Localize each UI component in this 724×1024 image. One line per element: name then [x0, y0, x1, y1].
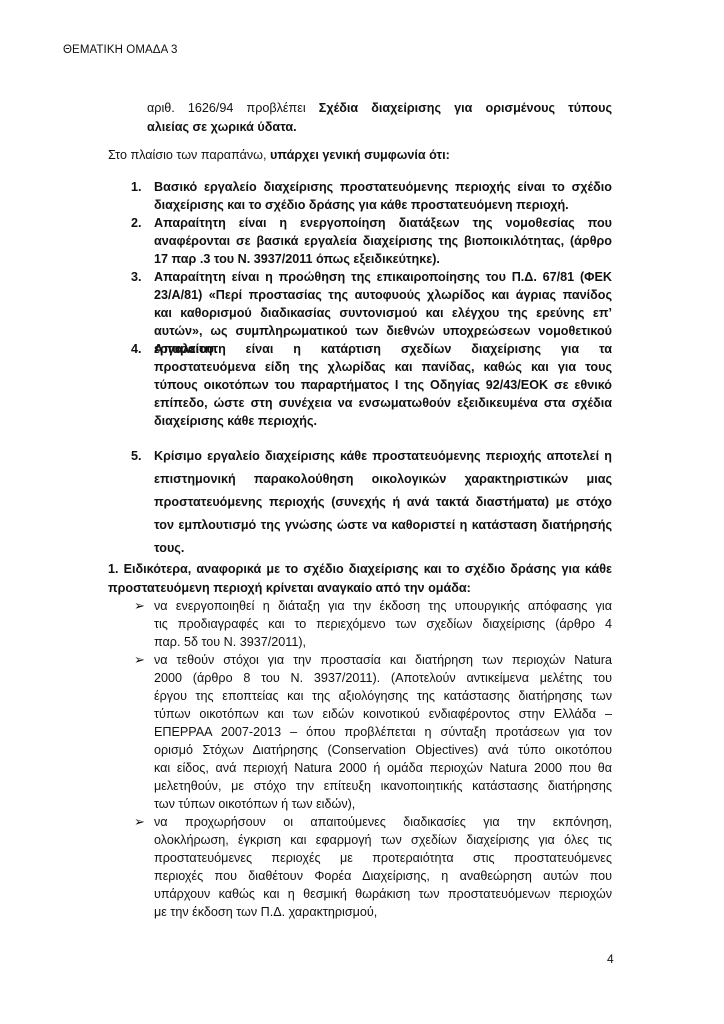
list-item-line: Βασικό εργαλείο διαχείρισης προστατευόμε…: [154, 178, 612, 196]
arrow-bullet-icon: ➢: [134, 813, 145, 831]
list-item-line: 23/Α/81) «Περί προστασίας της αυτοφυούς …: [154, 286, 612, 304]
list-number: 3.: [131, 268, 142, 286]
list-item-line: τύπους οικοτόπων του παραρτήματος Ι της …: [154, 376, 612, 394]
bullet-item-line: τις προδιαγραφές και το περιεχόμενο των …: [154, 615, 612, 633]
arrow-bullet-icon: ➢: [134, 651, 145, 669]
list-item-line: Απαραίτητη είναι η ενεργοποίηση διατάξεω…: [154, 214, 612, 232]
bullet-item-line: 2000 (άρθρο 8 του Ν. 3937/2011). (Αποτελ…: [154, 669, 612, 687]
bullet-item-line: και είδος, ανά περιοχή Natura 2000 ή ομά…: [154, 759, 612, 777]
list-item-line: τους.: [154, 539, 184, 557]
list-item-line: προστατευόμενα είδη της χλωρίδας και παν…: [154, 358, 612, 376]
list-number: 5.: [131, 447, 142, 465]
consensus-statement: Στο πλαίσιο των παραπάνω, υπάρχει γενική…: [108, 146, 450, 164]
list-item-line: αυτών», ως συμπληρωματικού των διεθνών υ…: [154, 322, 612, 340]
list-item-line: 17 παρ .3 του Ν. 3937/2011 όπως εξειδικε…: [154, 250, 440, 268]
list-item-line: Κρίσιμο εργαλείο διαχείρισης κάθε προστα…: [154, 447, 612, 465]
bullet-item-line: να ενεργοποιηθεί η διάταξη για την έκδοσ…: [154, 597, 612, 615]
list-item-line: και καθορισμού διαδικασίας συντονισμού κ…: [154, 304, 612, 322]
list-item-line: επίπεδο, ώστε στη συνέχεια να ενσωματωθο…: [154, 394, 612, 412]
list-number: 4.: [131, 340, 142, 358]
bullet-item-line: περιοχές που διαθέτουν Φορέα Διαχείρισης…: [154, 867, 612, 885]
intro-normal: αριθ. 1626/94 προβλέπει: [147, 101, 319, 115]
intro-bold: Σχέδια διαχείρισης για ορισμένους τύπους: [319, 101, 612, 115]
list-item-line: διαχείρισης και το σχέδιο δράσης για κάθ…: [154, 196, 569, 214]
page-number: 4: [607, 952, 614, 966]
arrow-bullet-icon: ➢: [134, 597, 145, 615]
list-item-line: Απαραίτητη είναι η προώθηση της επικαιρο…: [154, 268, 612, 286]
list-item-line: Απαραίτητη είναι η κατάρτιση σχεδίων δια…: [154, 340, 612, 358]
bullet-item-line: να προχωρήσουν οι απαιτούμενες διαδικασί…: [154, 813, 612, 831]
list-number: 2.: [131, 214, 142, 232]
list-item-line: επιστημονική παρακολούθηση οικολογικών χ…: [154, 470, 612, 488]
bullet-item-line: με την έκδοση των Π.Δ. χαρακτηρισμού,: [154, 903, 377, 921]
intro-line-1: αριθ. 1626/94 προβλέπει Σχέδια διαχείρισ…: [147, 99, 612, 117]
bullet-item-line: έργου της εποπτείας και της αξιολόγησης …: [154, 687, 612, 705]
bullet-item-line: υπάρχουν καθώς και η θεσμική θωράκιση τω…: [154, 885, 612, 903]
bullet-item-line: παρ. 5δ του Ν. 3937/2011),: [154, 633, 306, 651]
bullet-item-line: μελετηθούν, με στόχο την επίτευξη ικανοπ…: [154, 777, 612, 795]
bullet-item-line: προστατευόμενες περιοχές με προτεραιότητ…: [154, 849, 612, 867]
bullet-item-line: των τύπων οικοτόπων ή των ειδών),: [154, 795, 355, 813]
bullet-item-line: ολοκλήρωση, έγκριση και εφαρμογή των σχε…: [154, 831, 612, 849]
list-item-line: τον εμπλουτισμό της γνώσης ώστε να καθορ…: [154, 516, 612, 534]
list-number: 1.: [131, 178, 142, 196]
running-header: ΘΕΜΑΤΙΚΗ ΟΜΑΔΑ 3: [63, 44, 178, 56]
section-heading-line-2: προστατευόμενη περιοχή κρίνεται αναγκαίο…: [108, 579, 471, 597]
bullet-item-line: ορισμό Στόχων Διατήρησης (Conservation O…: [154, 741, 612, 759]
list-item-line: αναφέρονται σε βασικά εργαλεία διαχείρισ…: [154, 232, 612, 250]
bullet-item-line: ΕΠΕΡΡΑΑ 2007-2013 – όπου προβλέπεται η σ…: [154, 723, 612, 741]
list-item-line: διαχείρισης κάθε περιοχής.: [154, 412, 317, 430]
list-item-line: προστατευόμενης περιοχής (συνεχής ή ανά …: [154, 493, 612, 511]
section-heading-line-1: 1. Ειδικότερα, αναφορικά με το σχέδιο δι…: [108, 560, 612, 578]
consensus-normal: Στο πλαίσιο των παραπάνω,: [108, 148, 270, 162]
consensus-bold: υπάρχει γενική συμφωνία ότι:: [270, 148, 450, 162]
intro-line-2: αλιείας σε χωρικά ύδατα.: [147, 118, 297, 136]
bullet-item-line: να τεθούν στόχοι για την προστασία και δ…: [154, 651, 612, 669]
bullet-item-line: τύπων οικοτόπων και των ειδών κοινοτικού…: [154, 705, 612, 723]
